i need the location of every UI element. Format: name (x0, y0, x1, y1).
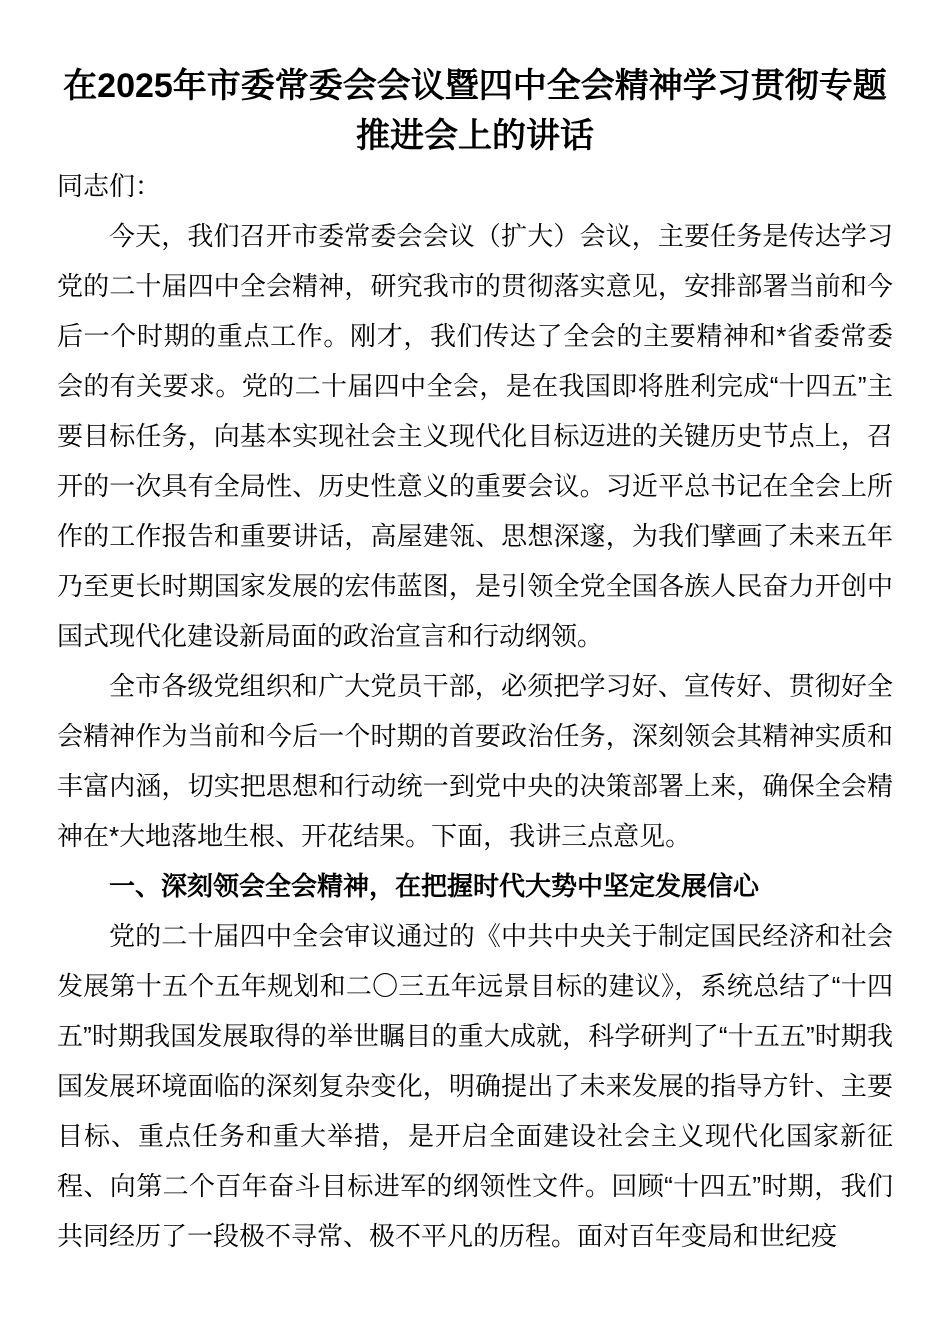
body-paragraph-3: 党的二十届四中全会审议通过的《中共中央关于制定国民经济和社会发展第十五个五年规划… (57, 911, 893, 1261)
document-title: 在2025年市委常委会会议暨四中全会精神学习贯彻专题推进会上的讲话 (57, 61, 893, 161)
section-heading-1: 一、深刻领会全会精神，在把握时代大势中坚定发展信心 (57, 861, 893, 911)
body-paragraph-2: 全市各级党组织和广大党员干部，必须把学习好、宣传好、贯彻好全会精神作为当前和今后… (57, 661, 893, 861)
body-paragraph-1: 今天，我们召开市委常委会会议（扩大）会议，主要任务是传达学习党的二十届四中全会精… (57, 211, 893, 661)
document-page: 在2025年市委常委会会议暨四中全会精神学习贯彻专题推进会上的讲话 同志们： 今… (0, 0, 950, 1344)
salutation: 同志们： (57, 161, 893, 211)
